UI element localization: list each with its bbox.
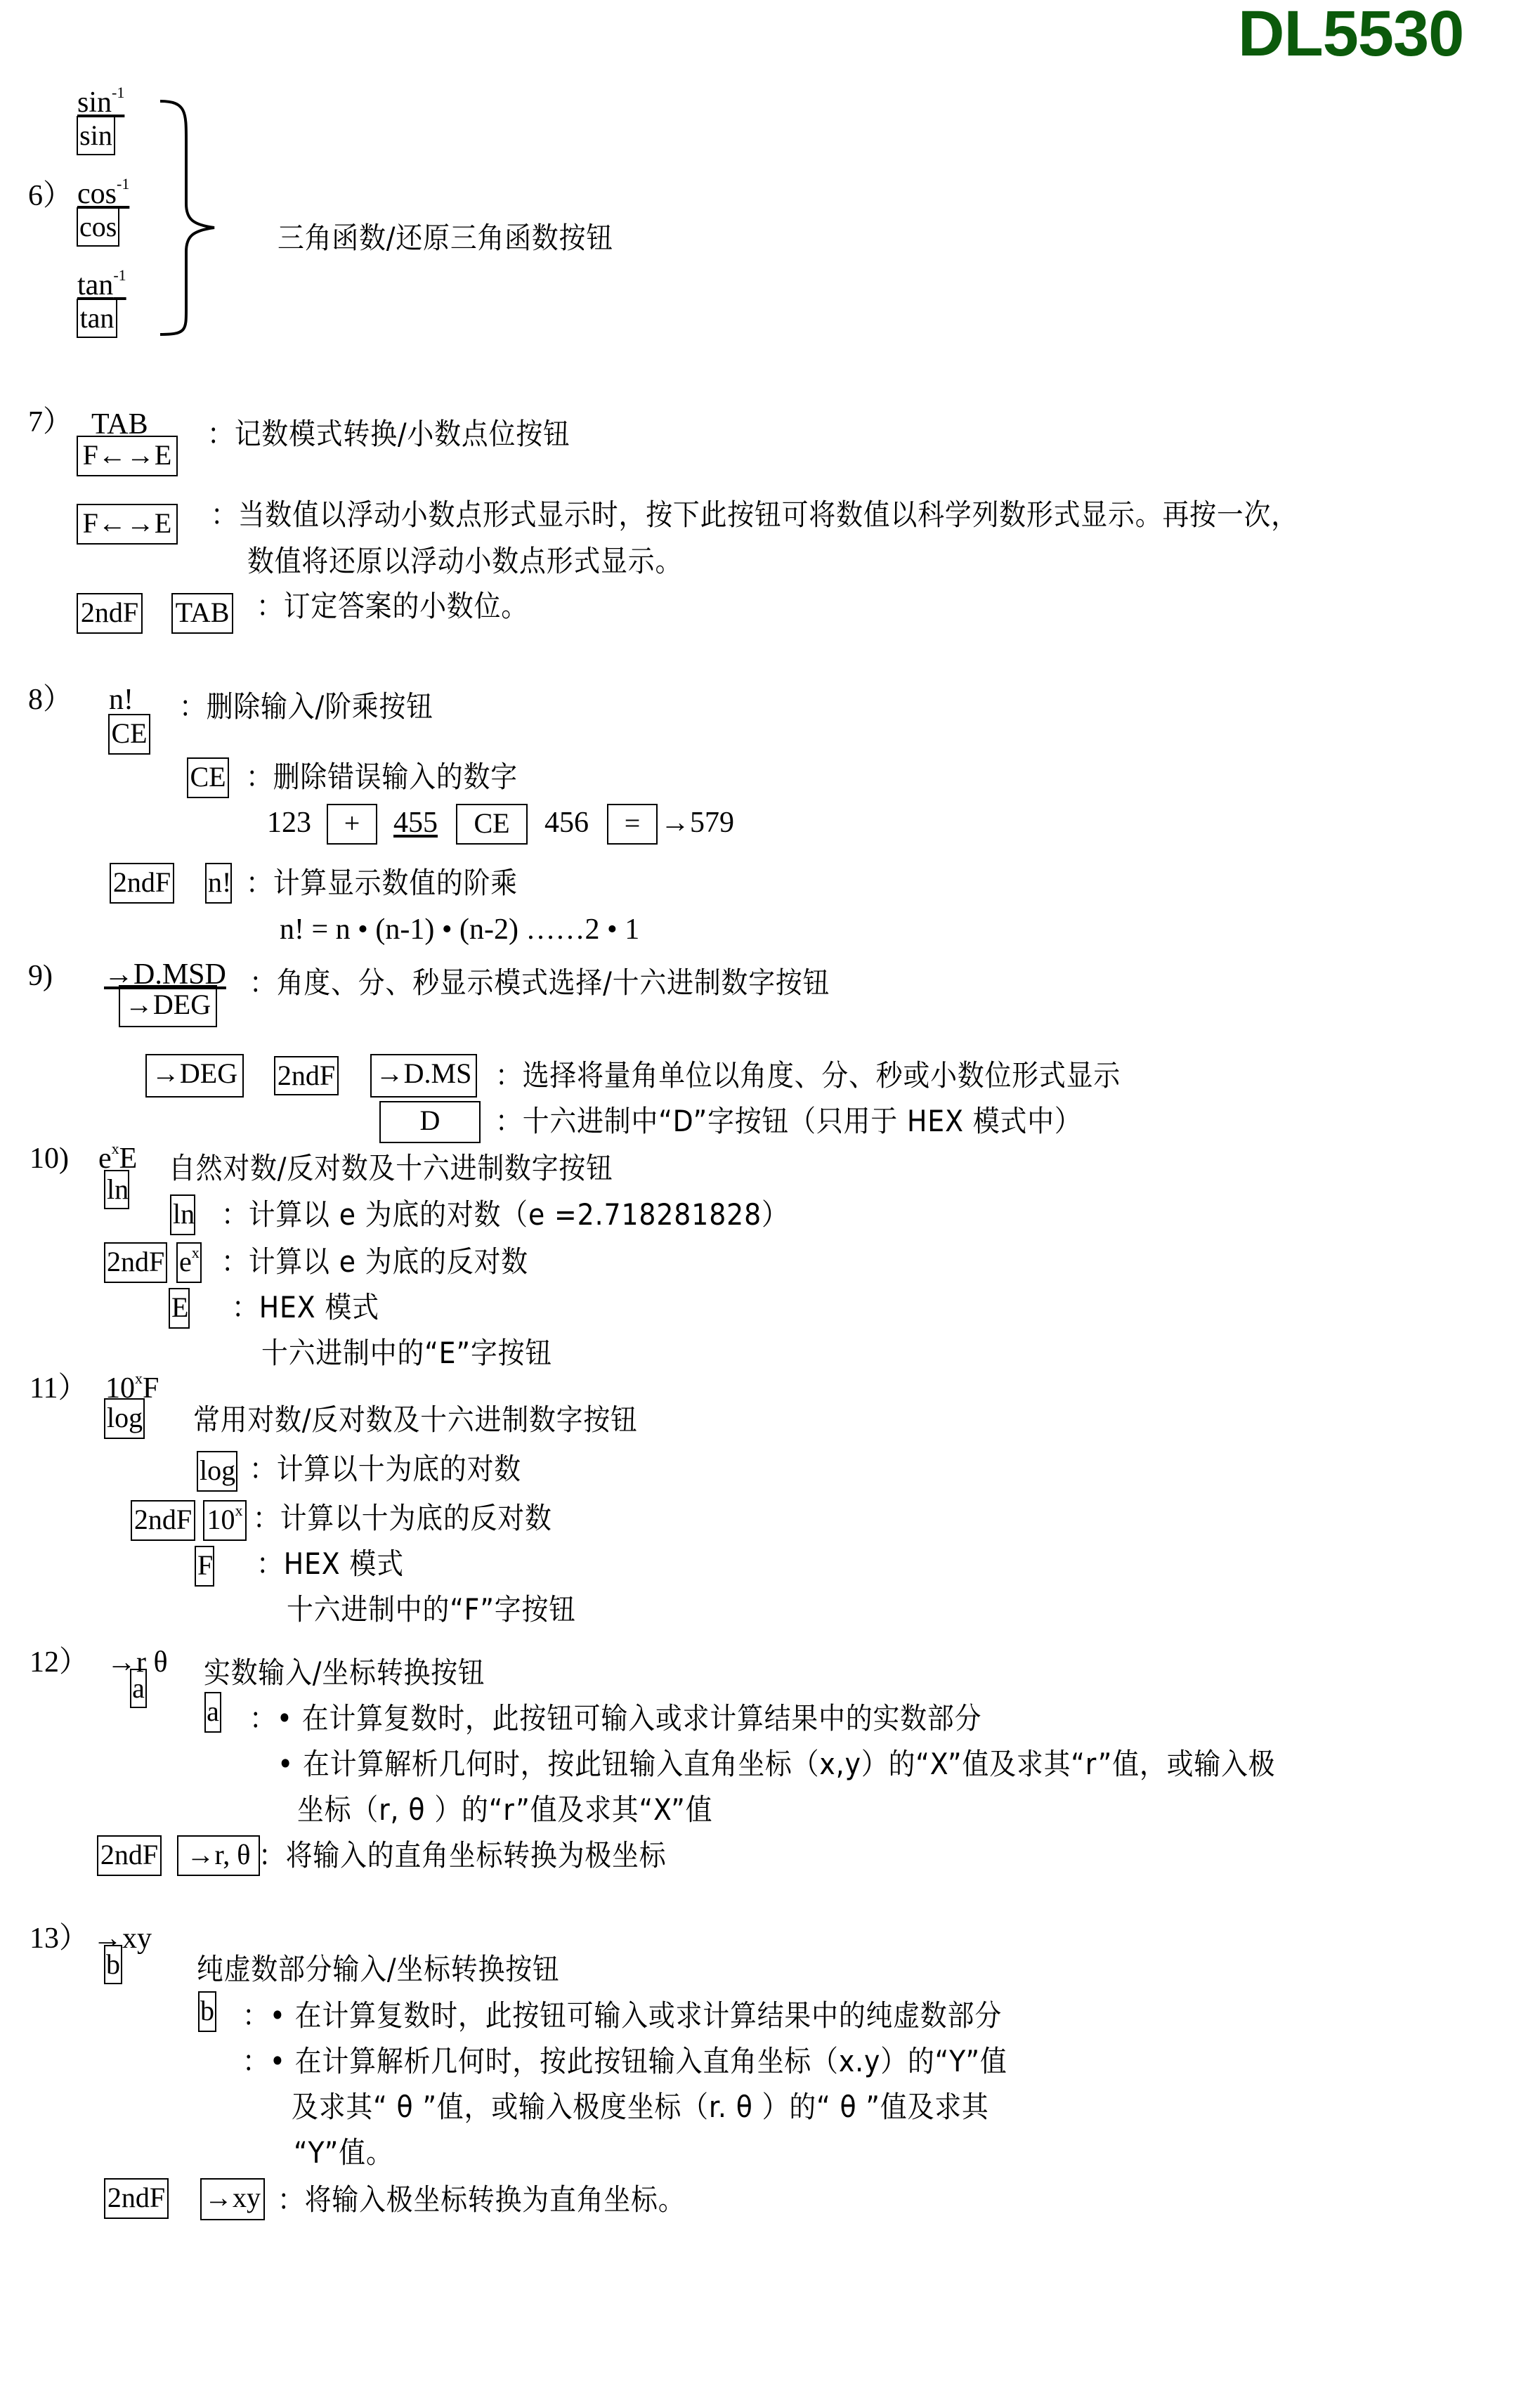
superscript: x <box>135 1369 143 1387</box>
ex-label: exE <box>98 1144 137 1173</box>
section-number: 7） <box>28 408 72 437</box>
base: 10 <box>207 1504 235 1535</box>
description: ：HEX 模式 <box>232 1293 379 1322</box>
second-function-key[interactable]: 2ndF <box>97 1835 162 1876</box>
a-key[interactable]: a <box>130 1669 147 1708</box>
section-title: 纯虚数部分输入/坐标转换按钮 <box>197 1955 560 1984</box>
description: 十六进制中的“E”字按钮 <box>261 1339 552 1368</box>
second-function-key[interactable]: 2ndF <box>104 2178 169 2219</box>
plus-key[interactable]: + <box>327 804 377 845</box>
tan-key[interactable]: tan <box>77 299 117 338</box>
equals-key[interactable]: = <box>607 804 658 845</box>
description: ：将输入的直角坐标转换为极坐标 <box>259 1841 667 1870</box>
log-key[interactable]: log <box>104 1398 145 1439</box>
description: ：计算以 e 为底的对数（e =2.718281828） <box>221 1200 789 1230</box>
ce-key[interactable]: CE <box>456 804 528 845</box>
cos-key[interactable]: cos <box>77 207 119 247</box>
section-title: 常用对数/反对数及十六进制数字按钮 <box>193 1405 638 1435</box>
description: ：将输入极坐标转换为直角坐标。 <box>278 2185 686 2215</box>
description: ：计算显示数值的阶乘 <box>246 868 518 898</box>
section-number: 9) <box>28 961 53 991</box>
hex-letter: F <box>143 1372 159 1405</box>
r-theta-key[interactable]: →r, θ <box>177 1835 260 1876</box>
description: • 在计算解析几何时，按此钮输入直角坐标（x,y）的“X”值及求其“r”值，或输… <box>278 1750 1275 1779</box>
description: “Y”值。 <box>294 2138 393 2168</box>
second-function-key[interactable]: 2ndF <box>110 863 174 904</box>
second-function: tan <box>77 269 113 301</box>
tan-inverse-label: tan-1 <box>77 271 126 300</box>
second-function-key[interactable]: 2ndF <box>131 1500 195 1541</box>
superscript: -1 <box>113 266 126 284</box>
tenx-key[interactable]: 10x <box>203 1500 247 1541</box>
superscript: x <box>192 1244 200 1261</box>
description: ：订定答案的小数位。 <box>256 592 528 621</box>
model-logo: DL5530 <box>1238 1 1463 66</box>
description: ：• 在计算解析几何时，按此按钮输入直角坐标（x.y）的“Y”值 <box>242 2047 1007 2076</box>
description: ：选择将量角单位以角度、分、秒或小数位形式显示 <box>495 1061 1121 1090</box>
section-title: 实数输入/坐标转换按钮 <box>204 1658 485 1688</box>
description: ：HEX 模式 <box>256 1549 404 1579</box>
section-title: ：角度、分、秒显示模式选择/十六进制数字按钮 <box>249 968 830 998</box>
description: ：• 在计算复数时，此按钮可输入或求计算结果中的实数部分 <box>249 1704 981 1733</box>
f-hex-key[interactable]: F <box>195 1546 214 1587</box>
tab-label: TAB <box>91 410 148 439</box>
example-value: 456 <box>544 808 589 838</box>
second-function-key[interactable]: 2ndF <box>274 1056 339 1095</box>
ex-key[interactable]: ex <box>176 1242 202 1283</box>
b-key[interactable]: b <box>198 1991 216 2032</box>
base: e <box>179 1246 192 1277</box>
section-number: 10) <box>30 1144 69 1173</box>
description: ：计算以 e 为底的反对数 <box>221 1247 528 1277</box>
section-title: 三角函数/还原三角函数按钮 <box>278 223 613 253</box>
dms-key[interactable]: →D.MS <box>370 1054 477 1098</box>
ln-key[interactable]: ln <box>170 1194 195 1235</box>
description: ：删除错误输入的数字 <box>246 762 518 792</box>
xy-key[interactable]: →xy <box>200 2178 265 2220</box>
section-number: 8） <box>28 685 72 715</box>
superscript: x <box>112 1140 119 1157</box>
second-function-key[interactable]: 2ndF <box>104 1242 167 1283</box>
d-hex-key[interactable]: D <box>379 1101 481 1143</box>
section-number: 6） <box>28 181 72 211</box>
ce-key[interactable]: CE <box>187 757 229 798</box>
sin-key[interactable]: sin <box>77 116 115 155</box>
curly-brace-icon <box>158 98 221 337</box>
section-number: 12） <box>30 1648 89 1677</box>
f-e-key[interactable]: F←→E <box>77 436 178 476</box>
b-key[interactable]: b <box>104 1945 122 1984</box>
deg-key[interactable]: →DEG <box>145 1054 244 1098</box>
e-hex-key[interactable]: E <box>169 1288 190 1329</box>
description: 及求其“ θ ”值，或输入极度坐标（r. θ ）的“ θ ”值及求其 <box>292 2092 989 2122</box>
ln-key[interactable]: ln <box>104 1170 129 1209</box>
superscript: x <box>235 1502 243 1519</box>
xy-label: →xy <box>93 1924 152 1953</box>
description: 十六进制中的“F”字按钮 <box>287 1595 576 1624</box>
example-result: →579 <box>660 808 734 838</box>
description: ：当数值以浮动小数点形式显示时，按下此按钮可将数值以科学列数形式显示。再按一次， <box>211 500 1298 530</box>
factorial-label: n! <box>109 685 133 715</box>
description: ：计算以十为底的反对数 <box>253 1504 552 1533</box>
f-e-key[interactable]: F←→E <box>77 504 178 545</box>
tab-key[interactable]: TAB <box>171 593 233 634</box>
example-value: 455 <box>393 808 438 838</box>
second-function: cos <box>77 178 117 210</box>
section-title: ：记数模式转换/小数点位按钮 <box>207 419 570 449</box>
ce-key[interactable]: CE <box>108 714 150 755</box>
section-number: 11） <box>30 1374 87 1403</box>
example-value: 123 <box>267 808 311 838</box>
description: 坐标（r, θ ）的“r”值及求其“X”值 <box>297 1795 712 1825</box>
description: 数值将还原以浮动小数点形式显示。 <box>247 547 682 576</box>
log-key[interactable]: log <box>197 1451 237 1492</box>
section-title: 自然对数/反对数及十六进制数字按钮 <box>169 1154 613 1183</box>
description: ：• 在计算复数时，此按钮可输入或求计算结果中的纯虚数部分 <box>242 2001 1002 2031</box>
factorial-key[interactable]: n! <box>205 863 232 904</box>
description: ：计算以十为底的对数 <box>249 1454 521 1484</box>
sin-inverse-label: sin-1 <box>77 88 124 117</box>
deg-key[interactable]: →DEG <box>119 985 217 1027</box>
factorial-formula: n! = n • (n-1) • (n-2) ……2 • 1 <box>280 915 639 944</box>
second-function: sin <box>77 86 112 119</box>
second-function-key[interactable]: 2ndF <box>77 593 143 634</box>
description: ：十六进制中“D”字按钮（只用于 HEX 模式中） <box>495 1107 1082 1136</box>
section-number: 13） <box>30 1924 89 1953</box>
superscript: -1 <box>112 84 124 101</box>
cos-inverse-label: cos-1 <box>77 179 129 209</box>
superscript: -1 <box>117 175 129 193</box>
section-title: ：删除输入/阶乘按钮 <box>179 692 433 722</box>
a-key[interactable]: a <box>204 1692 221 1733</box>
